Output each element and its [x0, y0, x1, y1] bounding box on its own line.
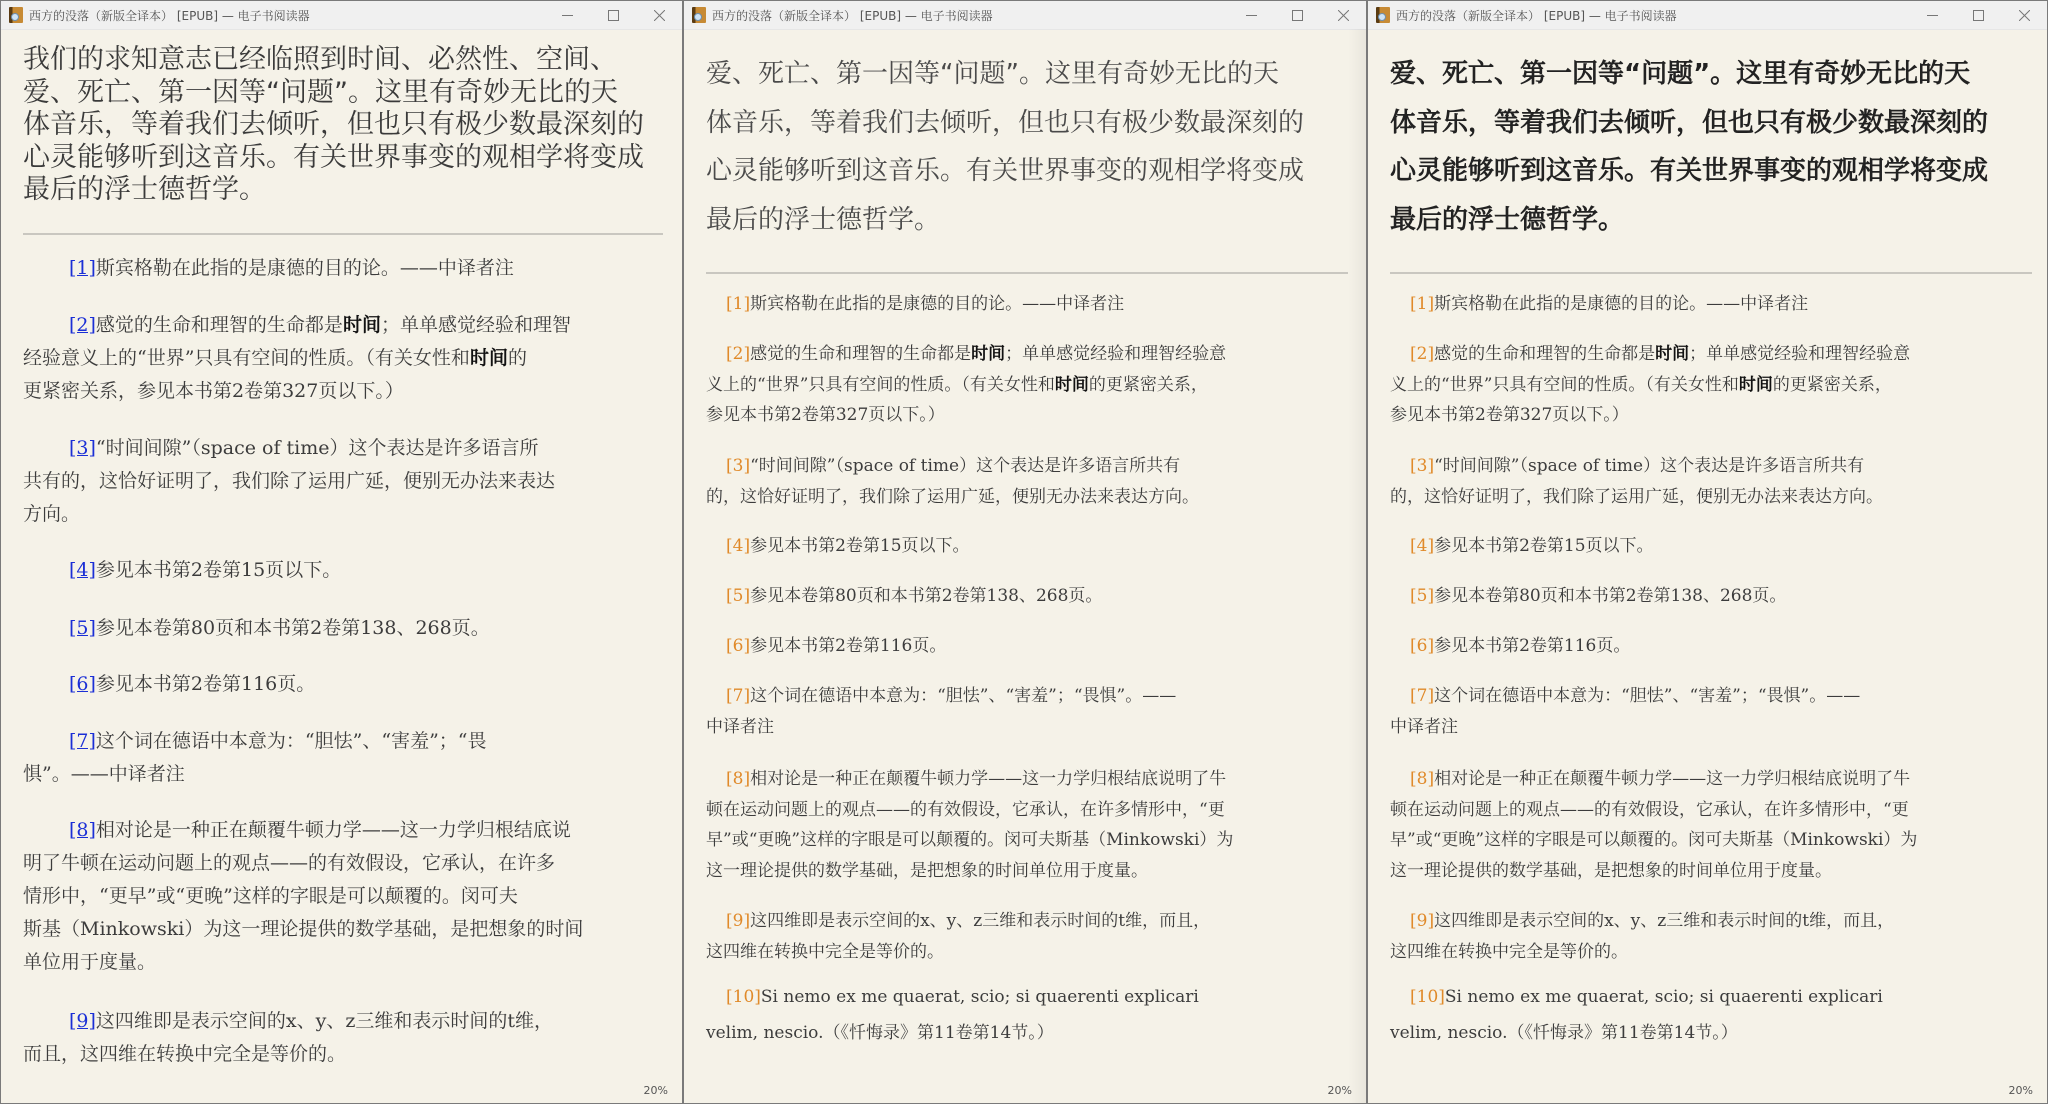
footnote-text: 参见本书第2卷第116页。 — [750, 636, 946, 656]
maximize-button[interactable] — [1274, 1, 1320, 29]
body-text-line: 心灵能够听到这音乐。有关世界事变的观相学将变成 — [706, 150, 1304, 187]
footnote-ref-link[interactable]: [3] — [726, 456, 750, 476]
footnote-text: 单位用于度量。 — [23, 951, 156, 973]
footnote-line: [8]相对论是一种正在颠覆牛顿力学——这一力学归根结底说明了牛 — [1410, 764, 1910, 789]
emphasis-text: 时间 — [1739, 375, 1773, 395]
footnote-ref-link[interactable]: [4] — [69, 559, 96, 581]
footnote-text: 斯宾格勒在此指的是康德的目的论。——中译者注 — [750, 294, 1124, 314]
footnote-ref-link[interactable]: [5] — [69, 617, 96, 639]
footnote-text: 这四维即是表示空间的x、y、z三维和表示时间的t维，而且， — [1434, 911, 1894, 931]
footnote-line: [6]参见本书第2卷第116页。 — [69, 669, 315, 696]
footnote-text: 早”或“更晚”这样的字眼是可以颠覆的。闵可夫斯基（Minkowski）为 — [1390, 830, 1917, 850]
footnote-ref-link[interactable]: [7] — [1410, 686, 1434, 706]
footnote-text: 中译者注 — [706, 717, 774, 737]
footnote-ref-link[interactable]: [5] — [1410, 586, 1434, 606]
footnote-line: [4]参见本书第2卷第15页以下。 — [69, 555, 341, 582]
maximize-button[interactable] — [1955, 1, 2001, 29]
footnote-line: 而且，这四维在转换中完全是等价的。 — [23, 1039, 346, 1066]
footnote-ref-link[interactable]: [1] — [1410, 294, 1434, 314]
reading-progress: 20% — [644, 1084, 668, 1097]
close-icon — [2019, 10, 2030, 21]
footnote-text: 相对论是一种正在颠覆牛顿力学——这一力学归根结底说 — [96, 819, 571, 841]
footnote-ref-link[interactable]: [1] — [726, 294, 750, 314]
footnote-text: 这个词在德语中本意为：“胆怯”、“害羞”；“畏惧”。—— — [750, 686, 1176, 706]
footnote-ref-link[interactable]: [4] — [726, 536, 750, 556]
footnote-text: 经验意义上的“世界”只具有空间的性质。（有关女性和 — [23, 347, 470, 369]
footnote-text: 共有的，这恰好证明了，我们除了运用广延，便别无办法来表达 — [23, 470, 555, 492]
footnote-ref-link[interactable]: [2] — [726, 344, 750, 364]
ebook-app-icon — [1376, 7, 1390, 23]
footnote-text: 参见本书第2卷第15页以下。 — [750, 536, 969, 556]
body-text-line: 爱、死亡、第一因等“问题”。这里有奇妙无比的天 — [1390, 53, 1970, 90]
close-icon — [654, 10, 665, 21]
footnote-line: [4]参见本书第2卷第15页以下。 — [726, 531, 970, 556]
reading-progress: 20% — [1328, 1084, 1352, 1097]
footnote-text: 义上的“世界”只具有空间的性质。（有关女性和 — [706, 375, 1055, 395]
footnote-line: 义上的“世界”只具有空间的性质。（有关女性和时间的更紧密关系， — [706, 370, 1208, 395]
footnote-line: [9]这四维即是表示空间的x、y、z三维和表示时间的t维，而且， — [1410, 906, 1894, 931]
footnote-ref-link[interactable]: [8] — [1410, 769, 1434, 789]
footnote-line: 这一理论提供的数学基础，是把想象的时间单位用于度量。 — [706, 856, 1148, 881]
footnote-line: [9]这四维即是表示空间的x、y、z三维和表示时间的t维， — [69, 1006, 553, 1033]
footnote-line: 斯基（Minkowski）为这一理论提供的数学基础，是把想象的时间 — [23, 914, 583, 941]
footnote-text: 顿在运动问题上的观点——的有效假设，它承认，在许多情形中，“更 — [1390, 800, 1909, 820]
footnote-text: 的，这恰好证明了，我们除了运用广延，便别无办法来表达方向。 — [706, 487, 1199, 507]
maximize-icon — [608, 10, 619, 21]
footnote-line: 早”或“更晚”这样的字眼是可以颠覆的。闵可夫斯基（Minkowski）为 — [1390, 825, 1917, 850]
footnote-line: 更紧密关系，参见本书第2卷第327页以下。） — [23, 376, 404, 403]
footnote-ref-link[interactable]: [9] — [69, 1010, 96, 1032]
footnote-text: ；单单感觉经验和理智经验意 — [1005, 344, 1226, 364]
ebook-app-icon — [9, 7, 23, 23]
footnote-text: Si nemo ex me quaerat, scio; si quaerent… — [761, 987, 1199, 1007]
title-bar[interactable]: 西方的没落（新版全译本） [EPUB] — 电子书阅读器 — [1, 1, 682, 30]
close-icon — [1338, 10, 1349, 21]
emphasis-text: 时间 — [971, 344, 1005, 364]
close-button[interactable] — [636, 1, 682, 29]
footnote-line: [5]参见本卷第80页和本书第2卷第138、268页。 — [69, 613, 490, 640]
maximize-icon — [1973, 10, 1984, 21]
window-title: 西方的没落（新版全译本） [EPUB] — 电子书阅读器 — [712, 7, 993, 24]
footnote-ref-link[interactable]: [9] — [1410, 911, 1434, 931]
footnote-text: 相对论是一种正在颠覆牛顿力学——这一力学归根结底说明了牛 — [1434, 769, 1910, 789]
footnote-line: [6]参见本书第2卷第116页。 — [726, 631, 946, 656]
reader-window-right: 西方的没落（新版全译本） [EPUB] — 电子书阅读器 爱、死亡、第一因等“问… — [1367, 0, 2048, 1104]
maximize-icon — [1292, 10, 1303, 21]
footnote-text: 感觉的生命和理智的生命都是 — [96, 314, 343, 336]
footnote-line: velim, nescio.（《忏悔录》第11卷第14节。） — [1390, 1018, 1738, 1043]
footnote-line: 参见本书第2卷第327页以下。） — [706, 400, 945, 425]
footnote-text: 这个词在德语中本意为：“胆怯”、“害羞”；“畏 — [96, 730, 487, 752]
footnote-text: 的 — [508, 347, 527, 369]
footnote-line: [2]感觉的生命和理智的生命都是时间；单单感觉经验和理智经验意 — [726, 339, 1226, 364]
footnote-text: “时间间隙”（space of time）这个表达是许多语言所共有 — [1434, 456, 1864, 476]
footnote-line: 这四维在转换中完全是等价的。 — [706, 937, 944, 962]
footnote-ref-link[interactable]: [6] — [726, 636, 750, 656]
footnote-text: 感觉的生命和理智的生命都是 — [750, 344, 971, 364]
footnote-line: 这一理论提供的数学基础，是把想象的时间单位用于度量。 — [1390, 856, 1832, 881]
footnote-ref-link[interactable]: [3] — [1410, 456, 1434, 476]
minimize-icon — [1927, 10, 1938, 21]
page-edge-shadow — [1348, 29, 1366, 1103]
footnote-text: “时间间隙”（space of time）这个表达是许多语言所 — [96, 437, 539, 459]
minimize-button[interactable] — [1228, 1, 1274, 29]
footnote-line: 中译者注 — [1390, 712, 1458, 737]
footnote-text: Si nemo ex me quaerat, scio; si quaerent… — [1445, 987, 1883, 1007]
footnote-ref-link[interactable]: [4] — [1410, 536, 1434, 556]
footnote-line: [2]感觉的生命和理智的生命都是时间；单单感觉经验和理智 — [69, 310, 571, 337]
footnote-text: 相对论是一种正在颠覆牛顿力学——这一力学归根结底说明了牛 — [750, 769, 1226, 789]
close-button[interactable] — [1320, 1, 1366, 29]
footnote-text: 这一理论提供的数学基础，是把想象的时间单位用于度量。 — [706, 861, 1148, 881]
footnote-line: 顿在运动问题上的观点——的有效假设，它承认，在许多情形中，“更 — [1390, 795, 1909, 820]
footnote-line: [4]参见本书第2卷第15页以下。 — [1410, 531, 1654, 556]
footnote-line: 中译者注 — [706, 712, 774, 737]
body-text-line: 体音乐，等着我们去倾听，但也只有极少数最深刻的 — [1390, 102, 1988, 139]
minimize-icon — [1246, 10, 1257, 21]
footnote-text: 参见本书第2卷第116页。 — [96, 673, 315, 695]
footnote-text: 早”或“更晚”这样的字眼是可以颠覆的。闵可夫斯基（Minkowski）为 — [706, 830, 1233, 850]
footnote-line: 明了牛顿在运动问题上的观点——的有效假设，它承认，在许多 — [23, 848, 555, 875]
body-text-line: 最后的浮士德哲学。 — [1390, 199, 1624, 236]
footnote-line: 方向。 — [23, 499, 80, 526]
footnote-line: [7]这个词在德语中本意为：“胆怯”、“害羞”；“畏惧”。—— — [1410, 681, 1860, 706]
footnote-line: [6]参见本书第2卷第116页。 — [1410, 631, 1630, 656]
footnote-divider — [706, 272, 1348, 274]
footnote-text: 这四维在转换中完全是等价的。 — [706, 942, 944, 962]
body-text-line: 爱、死亡、第一因等“问题”。这里有奇妙无比的天 — [706, 53, 1279, 90]
footnote-line: 的，这恰好证明了，我们除了运用广延，便别无办法来表达方向。 — [1390, 482, 1883, 507]
footnote-text: 参见本书第2卷第327页以下。） — [706, 405, 945, 425]
footnote-text: 这四维即是表示空间的x、y、z三维和表示时间的t维， — [96, 1010, 553, 1032]
body-text-line: 最后的浮士德哲学。 — [23, 167, 266, 206]
footnote-text: 参见本书第2卷第327页以下。） — [1390, 405, 1629, 425]
minimize-button[interactable] — [544, 1, 590, 29]
window-title: 西方的没落（新版全译本） [EPUB] — 电子书阅读器 — [29, 7, 310, 24]
footnote-line: 的，这恰好证明了，我们除了运用广延，便别无办法来表达方向。 — [706, 482, 1199, 507]
footnote-line: [1]斯宾格勒在此指的是康德的目的论。——中译者注 — [726, 289, 1124, 314]
reading-progress: 20% — [2009, 1084, 2033, 1097]
footnote-text: 情形中，“更早”或“更晚”这样的字眼是可以颠覆的。闵可夫 — [23, 885, 518, 907]
footnote-line: 义上的“世界”只具有空间的性质。（有关女性和时间的更紧密关系， — [1390, 370, 1892, 395]
body-text-line: 最后的浮士德哲学。 — [706, 199, 940, 236]
footnote-text: 斯宾格勒在此指的是康德的目的论。——中译者注 — [96, 257, 514, 279]
footnote-text: 感觉的生命和理智的生命都是 — [1434, 344, 1655, 364]
footnote-line: [10]Si nemo ex me quaerat, scio; si quae… — [1410, 987, 1883, 1007]
footnote-ref-link[interactable]: [1] — [69, 257, 96, 279]
footnote-text: velim, nescio.（《忏悔录》第11卷第14节。） — [1390, 1023, 1738, 1043]
footnote-ref-link[interactable]: [3] — [69, 437, 96, 459]
footnote-line: [8]相对论是一种正在颠覆牛顿力学——这一力学归根结底说明了牛 — [726, 764, 1226, 789]
footnote-line: 惧”。——中译者注 — [23, 759, 185, 786]
footnote-text: 参见本书第2卷第15页以下。 — [1434, 536, 1653, 556]
close-button[interactable] — [2001, 1, 2047, 29]
footnote-ref-link[interactable]: [7] — [69, 730, 96, 752]
footnote-ref-link[interactable]: [10] — [726, 987, 761, 1007]
footnote-text: 更紧密关系，参见本书第2卷第327页以下。） — [23, 380, 404, 402]
footnote-line: [5]参见本卷第80页和本书第2卷第138、268页。 — [1410, 581, 1786, 606]
reader-window-left: 西方的没落（新版全译本） [EPUB] — 电子书阅读器 我们的求知意志已经临照… — [0, 0, 683, 1104]
footnote-line: 单位用于度量。 — [23, 947, 156, 974]
reading-page[interactable]: 爱、死亡、第一因等“问题”。这里有奇妙无比的天体音乐，等着我们去倾听，但也只有极… — [1368, 29, 2047, 1103]
footnote-line: [3]“时间间隙”（space of time）这个表达是许多语言所共有 — [726, 451, 1180, 476]
reading-page[interactable]: 爱、死亡、第一因等“问题”。这里有奇妙无比的天体音乐，等着我们去倾听，但也只有极… — [684, 29, 1366, 1103]
footnote-line: [7]这个词在德语中本意为：“胆怯”、“害羞”；“畏惧”。—— — [726, 681, 1176, 706]
footnote-line: [10]Si nemo ex me quaerat, scio; si quae… — [726, 987, 1199, 1007]
footnote-text: 的，这恰好证明了，我们除了运用广延，便别无办法来表达方向。 — [1390, 487, 1883, 507]
footnote-divider — [1390, 272, 2032, 274]
emphasis-text: 时间 — [1655, 344, 1689, 364]
footnote-text: 这个词在德语中本意为：“胆怯”、“害羞”；“畏惧”。—— — [1434, 686, 1860, 706]
footnote-text: 参见本书第2卷第116页。 — [1434, 636, 1630, 656]
footnote-line: 早”或“更晚”这样的字眼是可以颠覆的。闵可夫斯基（Minkowski）为 — [706, 825, 1233, 850]
footnote-line: 经验意义上的“世界”只具有空间的性质。（有关女性和时间的 — [23, 343, 527, 370]
footnote-ref-link[interactable]: [2] — [1410, 344, 1434, 364]
footnote-text: 中译者注 — [1390, 717, 1458, 737]
title-bar[interactable]: 西方的没落（新版全译本） [EPUB] — 电子书阅读器 — [684, 1, 1366, 30]
footnote-text: 方向。 — [23, 503, 80, 525]
footnote-ref-link[interactable]: [7] — [726, 686, 750, 706]
footnote-text: 参见本卷第80页和本书第2卷第138、268页。 — [1434, 586, 1786, 606]
footnote-text: 这一理论提供的数学基础，是把想象的时间单位用于度量。 — [1390, 861, 1832, 881]
footnote-ref-link[interactable]: [2] — [69, 314, 96, 336]
footnote-text: 的更紧密关系， — [1089, 375, 1208, 395]
footnote-line: [3]“时间间隙”（space of time）这个表达是许多语言所 — [69, 433, 539, 460]
footnote-line: 参见本书第2卷第327页以下。） — [1390, 400, 1629, 425]
footnote-text: velim, nescio.（《忏悔录》第11卷第14节。） — [706, 1023, 1054, 1043]
footnote-ref-link[interactable]: [6] — [69, 673, 96, 695]
footnote-text: 而且，这四维在转换中完全是等价的。 — [23, 1043, 346, 1065]
footnote-text: 参见本书第2卷第15页以下。 — [96, 559, 341, 581]
footnote-line: 情形中，“更早”或“更晚”这样的字眼是可以颠覆的。闵可夫 — [23, 881, 518, 908]
footnote-text: 参见本卷第80页和本书第2卷第138、268页。 — [96, 617, 490, 639]
footnote-line: [9]这四维即是表示空间的x、y、z三维和表示时间的t维，而且， — [726, 906, 1210, 931]
body-text-line: 体音乐，等着我们去倾听，但也只有极少数最深刻的 — [706, 102, 1304, 139]
footnote-ref-link[interactable]: [6] — [1410, 636, 1434, 656]
minimize-button[interactable] — [1909, 1, 1955, 29]
footnote-line: [3]“时间间隙”（space of time）这个表达是许多语言所共有 — [1410, 451, 1864, 476]
ebook-app-icon — [692, 7, 706, 23]
minimize-icon — [562, 10, 573, 21]
footnote-text: 义上的“世界”只具有空间的性质。（有关女性和 — [1390, 375, 1739, 395]
footnote-line: 共有的，这恰好证明了，我们除了运用广延，便别无办法来表达 — [23, 466, 555, 493]
title-bar[interactable]: 西方的没落（新版全译本） [EPUB] — 电子书阅读器 — [1368, 1, 2047, 30]
footnote-line: [5]参见本卷第80页和本书第2卷第138、268页。 — [726, 581, 1102, 606]
reader-window-middle: 西方的没落（新版全译本） [EPUB] — 电子书阅读器 爱、死亡、第一因等“问… — [683, 0, 1367, 1104]
reading-page[interactable]: 我们的求知意志已经临照到时间、必然性、空间、爱、死亡、第一因等“问题”。这里有奇… — [1, 29, 682, 1103]
maximize-button[interactable] — [590, 1, 636, 29]
emphasis-text: 时间 — [470, 347, 508, 369]
footnote-text: 明了牛顿在运动问题上的观点——的有效假设，它承认，在许多 — [23, 852, 555, 874]
footnote-line: 顿在运动问题上的观点——的有效假设，它承认，在许多情形中，“更 — [706, 795, 1225, 820]
footnote-line: 这四维在转换中完全是等价的。 — [1390, 937, 1628, 962]
footnote-text: “时间间隙”（space of time）这个表达是许多语言所共有 — [750, 456, 1180, 476]
footnote-text: 参见本卷第80页和本书第2卷第138、268页。 — [750, 586, 1102, 606]
footnote-divider — [23, 233, 663, 235]
footnote-ref-link[interactable]: [9] — [726, 911, 750, 931]
footnote-text: 斯基（Minkowski）为这一理论提供的数学基础，是把想象的时间 — [23, 918, 583, 940]
footnote-line: [8]相对论是一种正在颠覆牛顿力学——这一力学归根结底说 — [69, 815, 571, 842]
body-text-line: 心灵能够听到这音乐。有关世界事变的观相学将变成 — [1390, 150, 1988, 187]
footnote-line: [7]这个词在德语中本意为：“胆怯”、“害羞”；“畏 — [69, 726, 487, 753]
footnote-ref-link[interactable]: [8] — [726, 769, 750, 789]
footnote-ref-link[interactable]: [8] — [69, 819, 96, 841]
footnote-text: ；单单感觉经验和理智经验意 — [1689, 344, 1910, 364]
footnote-text: 斯宾格勒在此指的是康德的目的论。——中译者注 — [1434, 294, 1808, 314]
footnote-line: [1]斯宾格勒在此指的是康德的目的论。——中译者注 — [69, 253, 514, 280]
window-title: 西方的没落（新版全译本） [EPUB] — 电子书阅读器 — [1396, 7, 1677, 24]
footnote-line: [1]斯宾格勒在此指的是康德的目的论。——中译者注 — [1410, 289, 1808, 314]
emphasis-text: 时间 — [343, 314, 381, 336]
footnote-line: velim, nescio.（《忏悔录》第11卷第14节。） — [706, 1018, 1054, 1043]
footnote-ref-link[interactable]: [10] — [1410, 987, 1445, 1007]
footnote-ref-link[interactable]: [5] — [726, 586, 750, 606]
footnote-text: 顿在运动问题上的观点——的有效假设，它承认，在许多情形中，“更 — [706, 800, 1225, 820]
footnote-text: 的更紧密关系， — [1773, 375, 1892, 395]
footnote-text: ；单单感觉经验和理智 — [381, 314, 571, 336]
footnote-text: 这四维即是表示空间的x、y、z三维和表示时间的t维，而且， — [750, 911, 1210, 931]
emphasis-text: 时间 — [1055, 375, 1089, 395]
footnote-text: 这四维在转换中完全是等价的。 — [1390, 942, 1628, 962]
footnote-line: [2]感觉的生命和理智的生命都是时间；单单感觉经验和理智经验意 — [1410, 339, 1910, 364]
footnote-text: 惧”。——中译者注 — [23, 763, 185, 785]
